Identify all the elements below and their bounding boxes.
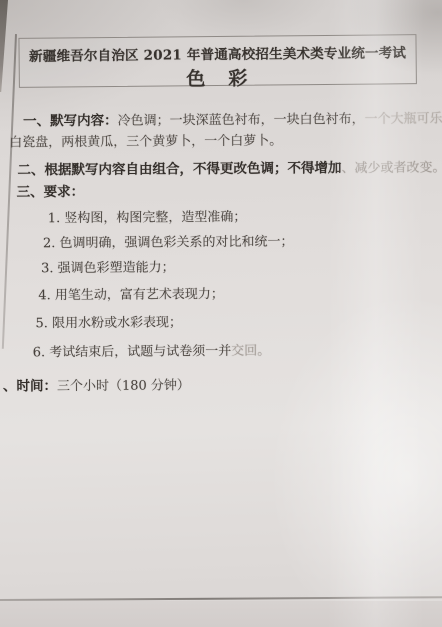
section-2-text: 二、根据默写内容自由组合，不得更改色调；不得增加 <box>17 160 341 178</box>
requirement-item-1: 1. 竖构图，构图完整，造型准确； <box>48 209 247 228</box>
section-4-time-line: 、时间：三个小时（180 分钟） <box>3 376 190 396</box>
requirement-item-2: 2. 色调明确，强调色彩关系的对比和统一； <box>43 233 294 253</box>
section-2-line: 二、根据默写内容自由组合，不得更改色调；不得增加、减少或者改变。 <box>17 158 442 180</box>
requirement-item-4: 4. 用笔生动，富有艺术表现力； <box>38 286 224 305</box>
section-1-faded-text: 一个大瓶可乐，一个 <box>365 111 442 127</box>
photo-of-exam-paper: 新疆维吾尔自治区 2021 年普通高校招生美术类专业统一考试 色 彩 一、默写内… <box>0 0 442 627</box>
section-1-label: 一、默写内容： <box>23 113 118 130</box>
section-3-label: 三、要求： <box>17 184 85 200</box>
requirement-item-3: 3. 强调色彩塑造能力； <box>41 259 175 278</box>
title-box: 新疆维吾尔自治区 2021 年普通高校招生美术类专业统一考试 色 彩 <box>18 34 416 88</box>
requirement-6-faded-text: 交回。 <box>231 344 270 359</box>
section-2-faded-text: 、减少或者改变。 <box>341 160 442 176</box>
underlying-sheet <box>0 601 442 627</box>
requirement-item-6: 6. 考试结束后，试题与试卷须一并交回。 <box>33 343 271 363</box>
section-4-label: 、时间： <box>3 378 57 394</box>
section-4-text: 三个小时（180 分钟） <box>57 378 190 394</box>
subject-title: 色 彩 <box>186 64 249 92</box>
section-1-continuation-line: 白瓷盘，两根黄瓜，三个黄萝卜，一个白萝卜。 <box>9 133 282 153</box>
section-1-text: 冷色调；一块深蓝色衬布，一块白色衬布， <box>118 112 365 129</box>
section-3-line: 三、要求： <box>17 183 85 202</box>
section-1-dictation-line: 一、默写内容：冷色调；一块深蓝色衬布，一块白色衬布，一个大瓶可乐，一个 <box>23 109 442 131</box>
requirement-item-5: 5. 限用水粉或水彩表现； <box>35 314 182 333</box>
requirement-6-text: 6. 考试结束后，试题与试卷须一并 <box>33 344 232 360</box>
printed-content: 新疆维吾尔自治区 2021 年普通高校招生美术类专业统一考试 色 彩 一、默写内… <box>0 0 442 627</box>
exam-title: 新疆维吾尔自治区 2021 年普通高校招生美术类专业统一考试 <box>29 41 406 65</box>
